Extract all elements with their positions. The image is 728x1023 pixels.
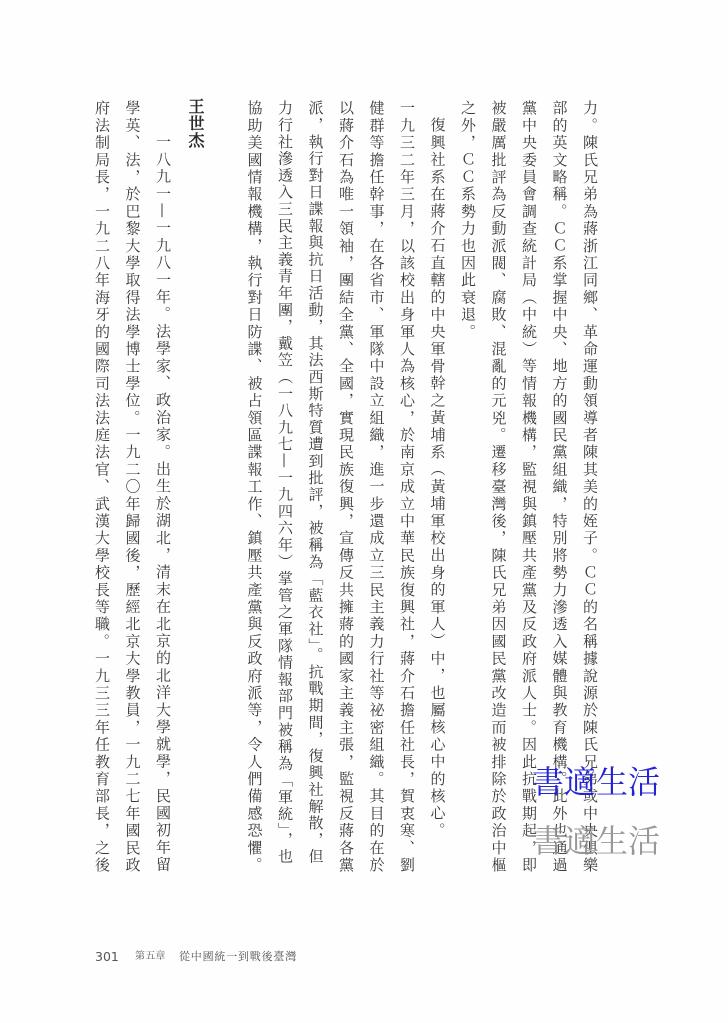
text-column: 協助美國情報機構，執行對日防諜、被占領區諜報工作、鎮壓共產黨與反政府派等，令人們… <box>247 100 263 890</box>
text-column: 派，執行對日諜報與抗日活動，其法西斯特質遭到批評，被稱為「藍衣社」。抗戰期間，復… <box>308 100 324 890</box>
text-column: 被嚴厲批評為反動派閥、腐敗、混亂的元兇。遷移臺灣後，陳氏兄弟因國民黨改造而被排除… <box>491 100 507 890</box>
entry-heading: 王世杰 <box>186 98 204 149</box>
text-column: 力行社滲透入三民主義青年團，戴笠（一八九七—一九四六年）掌管之軍隊情報部門被稱為… <box>277 100 293 890</box>
watermark-primary: 書適生活 <box>532 765 660 799</box>
text-column: 以蔣介石為唯一領袖，團結全黨、全國，實現民族復興，宣傳反共擁蔣的國家主義主張，監… <box>338 100 354 890</box>
text-column: 一九三二年三月，以該校出身軍人為核心，於南京成立中華民族復興社，蔣介石擔任社長，… <box>399 100 415 890</box>
text-column: 健群等擔任幹事，在各省市、軍隊中設立組織，進一步還成立三民主義力行社等祕密組織。… <box>369 100 385 890</box>
text-column: 府法制局長，一九二八年海牙的國際司法法庭法官、武漢大學校長等職。一九三三年任教育… <box>94 100 110 890</box>
paragraph-start-column: 一八九一—一九八一年。法學家、政治家。出生於湖北，清末在北京的北洋大學就學，民國… <box>155 134 171 924</box>
text-column: 之外，ＣＣ系勢力也因此衰退。 <box>460 100 476 890</box>
page-number: 301 <box>95 949 119 965</box>
chapter-label: 第五章 <box>135 950 166 964</box>
watermark-secondary: 書適生活 <box>532 824 660 858</box>
page-footer: 301 第五章 從中國統一到戰後臺灣 <box>0 949 728 965</box>
text-column: 學英、法，於巴黎大學取得法學博士學位。一九二〇年歸國後，歷經北京大學教員，一九二… <box>125 100 141 890</box>
chapter-title: 從中國統一到戰後臺灣 <box>179 950 297 964</box>
book-page: 力。陳氏兄弟為蔣浙江同鄉、革命運動領導者陳其美的姪子。ＣＣ的名稱據說源於陳氏兄弟… <box>0 0 728 1023</box>
paragraph-start-column: 復興社系在蔣介石直轄的中央軍骨幹之黃埔系（黃埔軍校出身的軍人）中，也屬核心中的核… <box>430 117 446 907</box>
